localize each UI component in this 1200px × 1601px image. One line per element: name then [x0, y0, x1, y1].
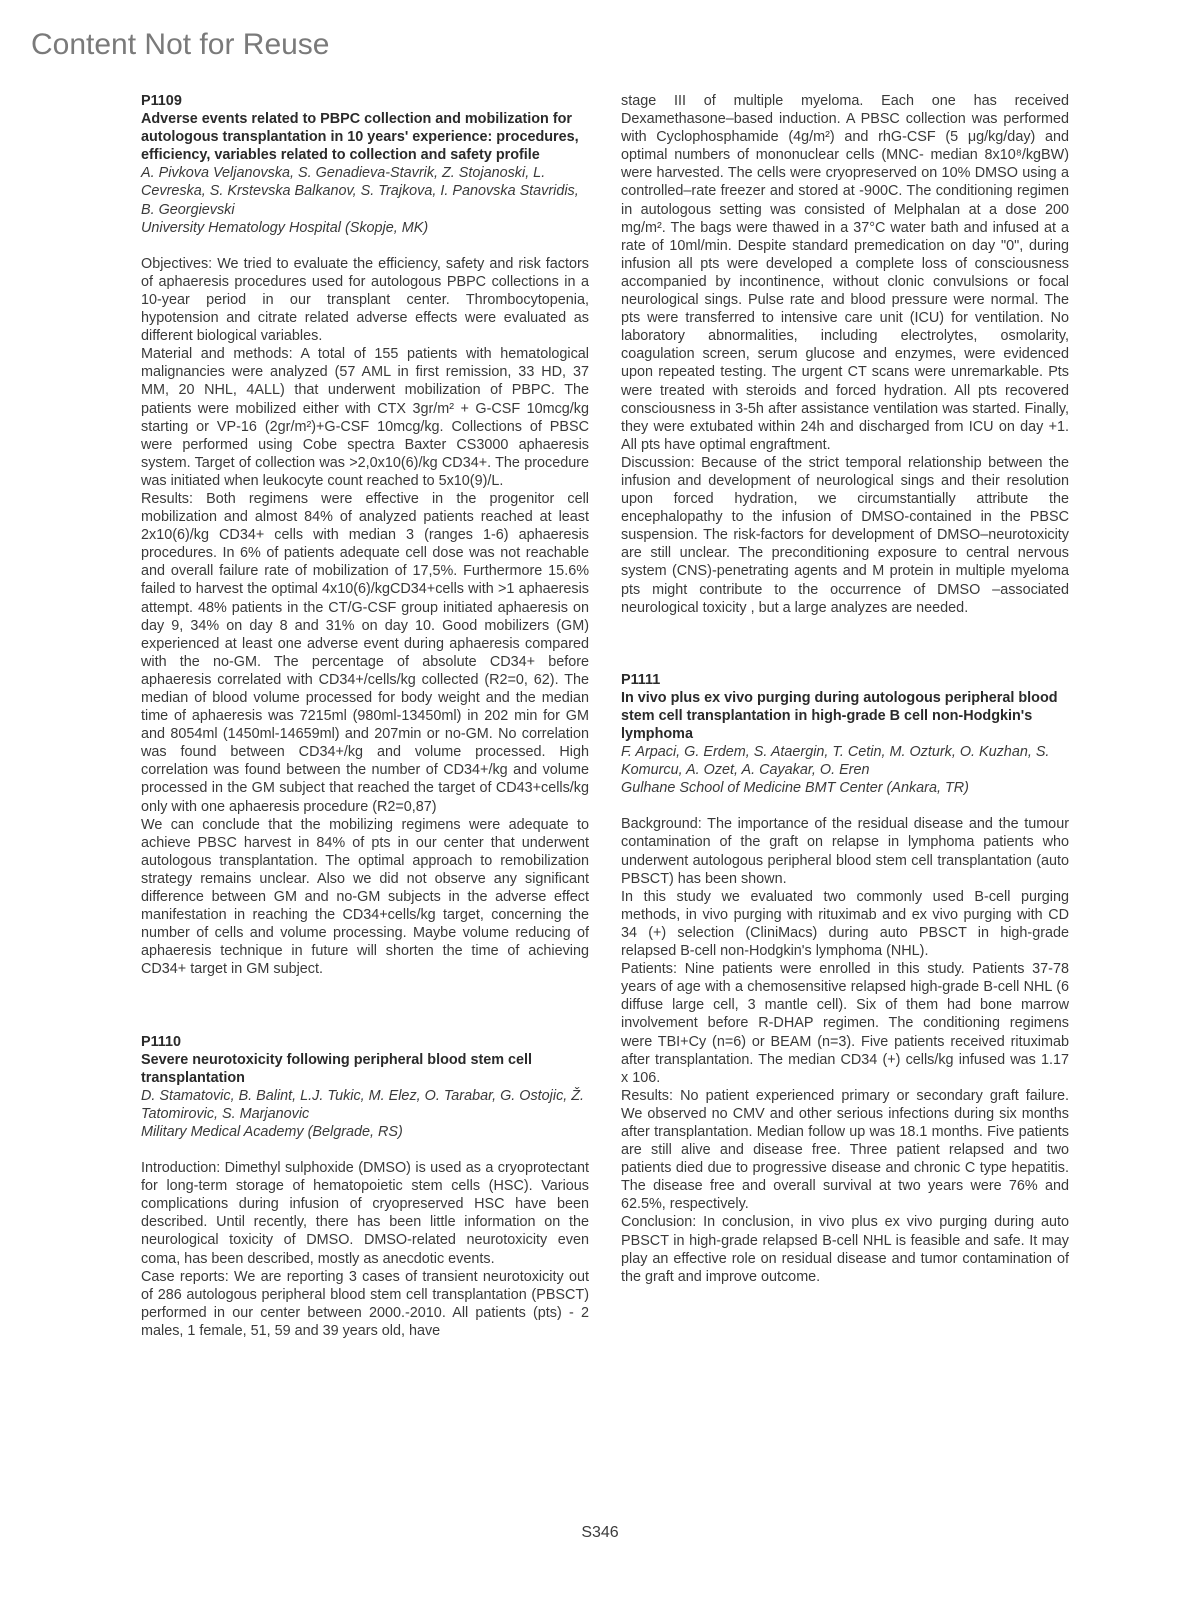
- abstract-body: Introduction: Dimethyl sulphoxide (DMSO)…: [141, 1159, 589, 1340]
- left-column: P1109 Adverse events related to PBPC col…: [141, 92, 589, 1340]
- paragraph-conclusion: We can conclude that the mobilizing regi…: [141, 816, 589, 979]
- abstract-affiliation: Gulhane School of Medicine BMT Center (A…: [621, 779, 1069, 797]
- paragraph-introduction: Introduction: Dimethyl sulphoxide (DMSO)…: [141, 1159, 589, 1268]
- paragraph-conclusion: Conclusion: In conclusion, in vivo plus …: [621, 1213, 1069, 1285]
- abstract-id: P1109: [141, 92, 589, 110]
- abstract-id: P1110: [141, 1033, 589, 1051]
- watermark: Content Not for Reuse: [31, 28, 330, 62]
- abstract-body: Objectives: We tried to evaluate the eff…: [141, 255, 589, 979]
- abstract-p1110-continued: stage III of multiple myeloma. Each one …: [621, 92, 1069, 617]
- abstract-id: P1111: [621, 671, 1069, 689]
- abstract-p1110: P1110 Severe neurotoxicity following per…: [141, 1033, 589, 1341]
- page-number: S346: [0, 1524, 1200, 1542]
- abstract-body: Background: The importance of the residu…: [621, 815, 1069, 1285]
- paragraph-results: Results: Both regimens were effective in…: [141, 490, 589, 816]
- paragraph-results: Results: No patient experienced primary …: [621, 1087, 1069, 1214]
- abstract-authors: F. Arpaci, G. Erdem, S. Ataergin, T. Cet…: [621, 743, 1069, 779]
- paragraph-study: In this study we evaluated two commonly …: [621, 888, 1069, 960]
- abstract-affiliation: University Hematology Hospital (Skopje, …: [141, 219, 589, 237]
- paragraph-case-reports-continued: stage III of multiple myeloma. Each one …: [621, 92, 1069, 454]
- paragraph-case-reports: Case reports: We are reporting 3 cases o…: [141, 1268, 589, 1340]
- abstract-p1109: P1109 Adverse events related to PBPC col…: [141, 92, 589, 979]
- paragraph-patients: Patients: Nine patients were enrolled in…: [621, 960, 1069, 1087]
- right-column: stage III of multiple myeloma. Each one …: [621, 92, 1069, 1286]
- abstract-body: stage III of multiple myeloma. Each one …: [621, 92, 1069, 617]
- abstract-title: Adverse events related to PBPC collectio…: [141, 110, 589, 164]
- abstract-affiliation: Military Medical Academy (Belgrade, RS): [141, 1123, 589, 1141]
- paragraph-discussion: Discussion: Because of the strict tempor…: [621, 454, 1069, 617]
- paragraph-background: Background: The importance of the residu…: [621, 815, 1069, 887]
- abstract-authors: A. Pivkova Veljanovska, S. Genadieva-Sta…: [141, 164, 589, 218]
- abstract-title: Severe neurotoxicity following periphera…: [141, 1051, 589, 1087]
- abstract-title: In vivo plus ex vivo purging during auto…: [621, 689, 1069, 743]
- paragraph-objectives: Objectives: We tried to evaluate the eff…: [141, 255, 589, 345]
- abstract-authors: D. Stamatovic, B. Balint, L.J. Tukic, M.…: [141, 1087, 589, 1123]
- paragraph-methods: Material and methods: A total of 155 pat…: [141, 345, 589, 490]
- abstract-p1111: P1111 In vivo plus ex vivo purging durin…: [621, 671, 1069, 1286]
